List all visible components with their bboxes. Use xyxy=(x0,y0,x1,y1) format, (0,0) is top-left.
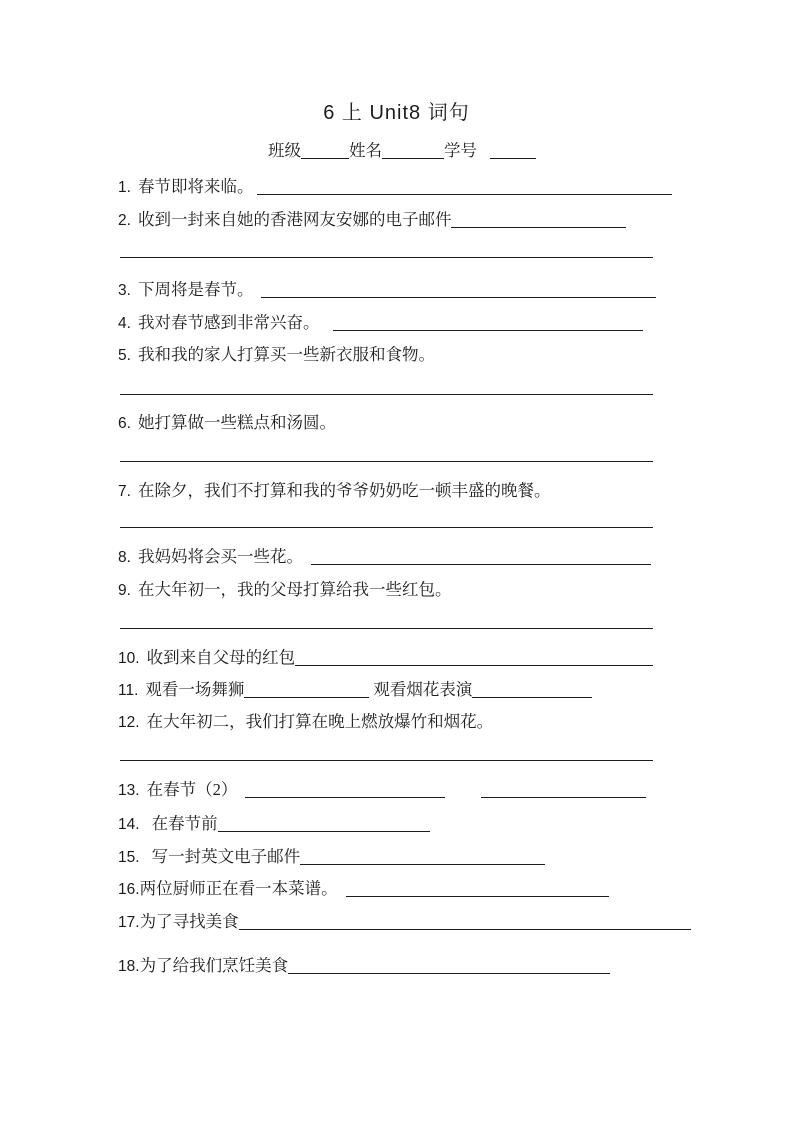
item-text-2: 观看烟花表演 xyxy=(373,680,472,699)
item-number: 1. xyxy=(118,179,131,196)
item-number: 8. xyxy=(118,549,131,566)
student-info-header: 班级姓名学号 xyxy=(268,140,536,162)
worksheet-item-2: 2.收到一封来自她的香港网友安娜的电子邮件 xyxy=(118,209,626,232)
item-number: 10. xyxy=(118,650,140,667)
worksheet-item-4: 4.我对春节感到非常兴奋。 xyxy=(118,312,643,335)
answer-blank xyxy=(311,564,651,565)
item-text: 为了给我们烹饪美食 xyxy=(140,956,289,975)
answer-blank xyxy=(218,831,430,832)
item-number: 3. xyxy=(118,282,131,299)
worksheet-item-3: 3.下周将是春节。 xyxy=(118,279,656,302)
item-number: 17. xyxy=(118,914,140,931)
worksheet-page: 6 上 Unit8 词句 班级姓名学号 1.春节即将来临。 2.收到一封来自她的… xyxy=(0,0,793,1122)
answer-blank xyxy=(451,227,626,228)
item-text: 她打算做一些糕点和汤圆。 xyxy=(138,413,336,432)
answer-blank xyxy=(295,665,653,666)
item-text: 我对春节感到非常兴奋。 xyxy=(138,313,320,332)
item-text: 我妈妈将会买一些花。 xyxy=(138,547,303,566)
item-text: 春节即将来临。 xyxy=(138,177,254,196)
name-blank xyxy=(382,158,444,159)
answer-line xyxy=(120,628,653,629)
answer-line xyxy=(120,760,653,761)
answer-line xyxy=(120,461,653,462)
item-text: 在除夕，我们不打算和我的爷爷奶奶吃一顿丰盛的晚餐。 xyxy=(138,481,551,500)
worksheet-item-5: 5.我和我的家人打算买一些新衣服和食物。 xyxy=(118,344,435,367)
item-number: 15. xyxy=(118,849,140,866)
item-number: 16. xyxy=(118,881,140,898)
worksheet-item-8: 8.我妈妈将会买一些花。 xyxy=(118,546,651,569)
answer-blank xyxy=(288,973,610,974)
item-number: 11. xyxy=(118,682,138,699)
answer-blank xyxy=(346,896,609,897)
worksheet-item-12: 12.在大年初二，我们打算在晚上燃放爆竹和烟花。 xyxy=(118,711,493,734)
worksheet-item-18: 18.为了给我们烹饪美食 xyxy=(118,955,610,978)
item-text: 两位厨师正在看一本菜谱。 xyxy=(140,879,338,898)
answer-blank xyxy=(472,697,592,698)
class-blank xyxy=(301,158,349,159)
worksheet-item-17: 17.为了寻找美食 xyxy=(118,911,691,934)
continuation-answer-line xyxy=(120,257,653,258)
item-number: 7. xyxy=(118,483,131,500)
item-text: 观看一场舞狮 xyxy=(145,680,244,699)
item-number: 18. xyxy=(118,958,140,975)
item-number: 9. xyxy=(118,582,131,599)
worksheet-item-16: 16.两位厨师正在看一本菜谱。 xyxy=(118,878,609,901)
worksheet-item-10: 10.收到来自父母的红包 xyxy=(118,647,653,670)
worksheet-item-1: 1.春节即将来临。 xyxy=(118,176,672,199)
worksheet-item-9: 9.在大年初一，我的父母打算给我一些红包。 xyxy=(118,579,451,602)
item-text: 写一封英文电子邮件 xyxy=(152,847,301,866)
answer-blank xyxy=(245,797,445,798)
item-text: 收到来自父母的红包 xyxy=(147,648,296,667)
worksheet-item-14: 14.在春节前 xyxy=(118,813,430,836)
item-text: 为了寻找美食 xyxy=(140,912,239,931)
item-text: 在大年初一，我的父母打算给我一些红包。 xyxy=(138,580,452,599)
item-number: 4. xyxy=(118,315,131,332)
page-title: 6 上 Unit8 词句 xyxy=(0,100,793,126)
class-label: 班级 xyxy=(268,141,301,160)
worksheet-item-7: 7.在除夕，我们不打算和我的爷爷奶奶吃一顿丰盛的晚餐。 xyxy=(118,480,550,503)
item-text: 收到一封来自她的香港网友安娜的电子邮件 xyxy=(138,210,452,229)
item-number: 12. xyxy=(118,714,140,731)
answer-line xyxy=(120,527,653,528)
answer-blank xyxy=(257,194,672,195)
answer-line xyxy=(120,394,653,395)
answer-blank xyxy=(261,297,656,298)
item-number: 5. xyxy=(118,347,131,364)
worksheet-item-13: 13.在春节（2） xyxy=(118,779,646,802)
item-number: 13. xyxy=(118,782,140,799)
answer-blank xyxy=(333,330,643,331)
answer-blank xyxy=(244,697,369,698)
answer-blank xyxy=(300,864,545,865)
item-number: 6. xyxy=(118,415,131,432)
name-label: 姓名 xyxy=(349,141,382,160)
student-id-label: 学号 xyxy=(444,141,477,160)
item-text: 在春节前 xyxy=(152,814,218,833)
worksheet-item-15: 15.写一封英文电子邮件 xyxy=(118,846,545,869)
worksheet-item-11: 11.观看一场舞狮观看烟花表演 xyxy=(118,679,592,702)
answer-blank xyxy=(239,929,691,930)
item-text: 在春节（2） xyxy=(147,780,238,799)
item-text: 我和我的家人打算买一些新衣服和食物。 xyxy=(138,345,435,364)
worksheet-item-6: 6.她打算做一些糕点和汤圆。 xyxy=(118,412,336,435)
item-text: 下周将是春节。 xyxy=(138,280,254,299)
item-number: 2. xyxy=(118,212,131,229)
item-text: 在大年初二，我们打算在晚上燃放爆竹和烟花。 xyxy=(147,712,494,731)
answer-blank xyxy=(481,797,646,798)
student-id-blank xyxy=(490,158,536,159)
item-number: 14. xyxy=(118,816,140,833)
